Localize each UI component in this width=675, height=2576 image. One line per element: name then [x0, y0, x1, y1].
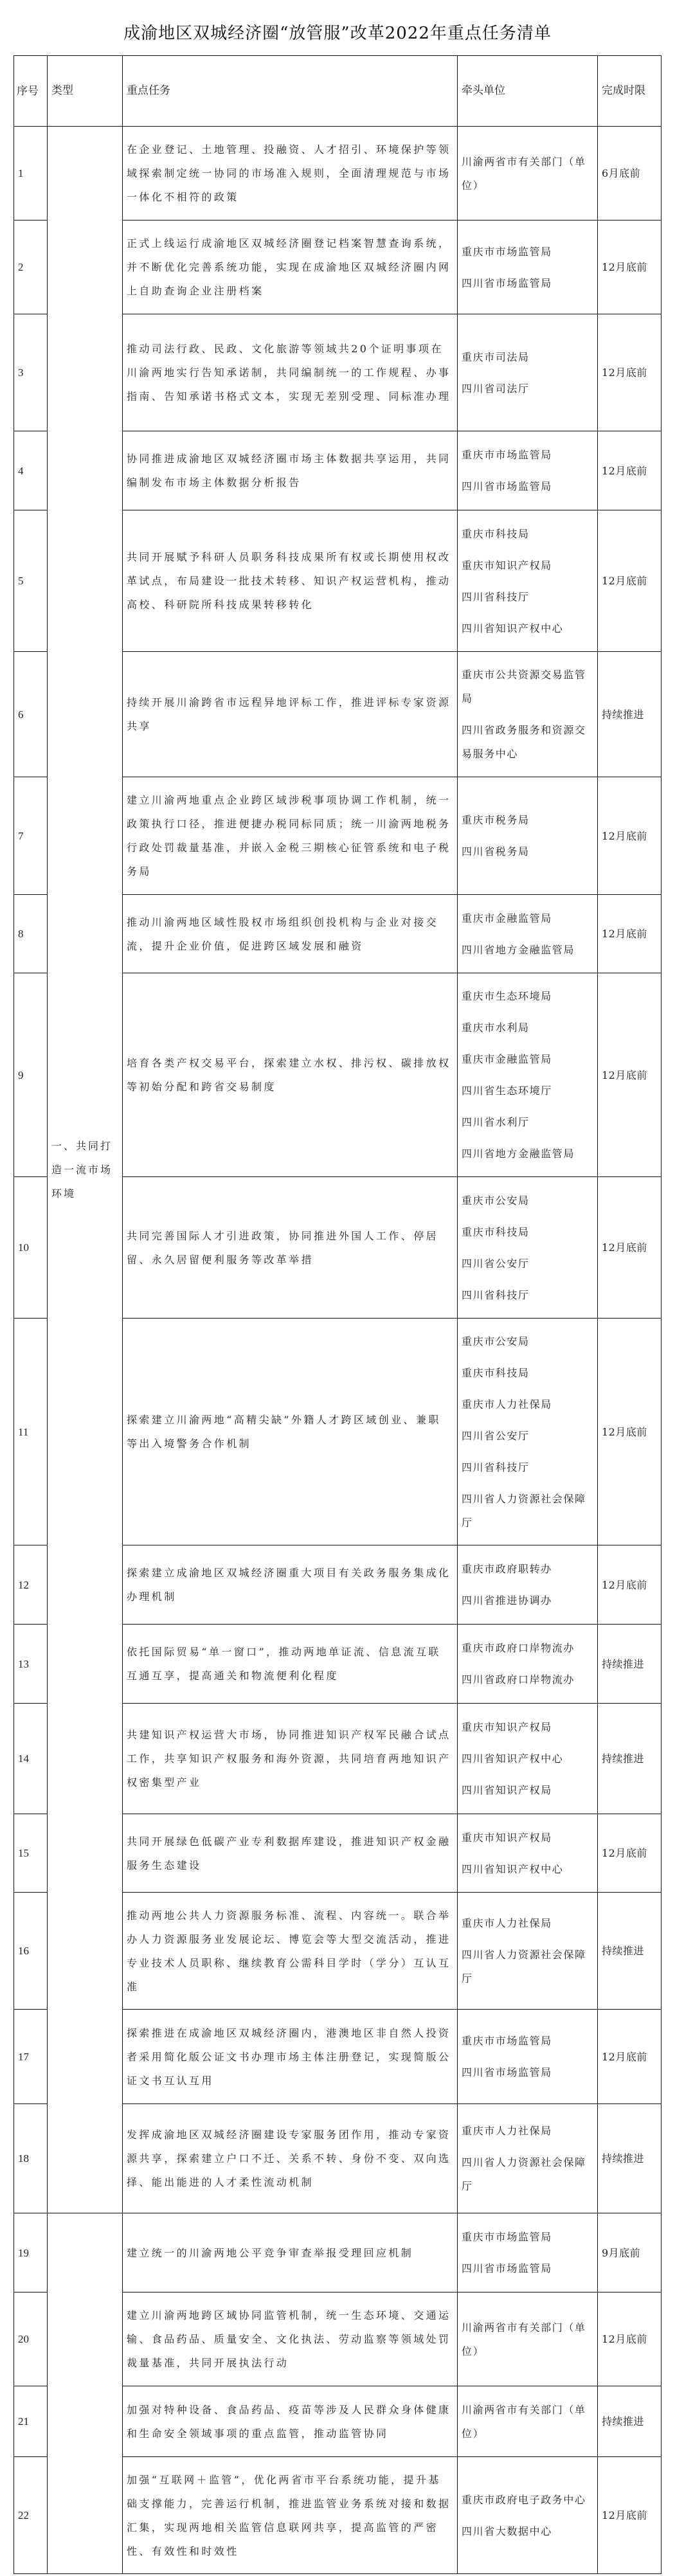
lead-units: 重庆市政府电子政务中心四川省大数据中心	[458, 2457, 598, 2574]
serial-number: 19	[14, 2213, 48, 2292]
lead-unit: 重庆市科技局	[462, 1361, 593, 1385]
lead-unit: 川渝两省市有关部门（单位）	[462, 2316, 593, 2363]
serial-number: 14	[14, 1704, 48, 1814]
lead-units: 重庆市市场监管局四川省市场监管局	[458, 431, 598, 510]
deadline: 12月底前	[598, 777, 661, 895]
lead-unit: 四川省知识产权中心	[462, 1747, 593, 1770]
header-lead-unit: 牵头单位	[458, 56, 598, 127]
lead-unit: 四川省生态环境厅	[462, 1079, 593, 1103]
serial-number: 12	[14, 1545, 48, 1625]
key-task-description: 建立川渝两地重点企业跨区域涉税事项协调工作机制，统一政策执行口径，推进便捷办税同…	[123, 777, 458, 895]
lead-unit-spacer	[462, 1134, 593, 1142]
lead-unit: 四川省水利厅	[462, 1110, 593, 1134]
deadline: 12月底前	[598, 2457, 661, 2574]
header-serial-number: 序号	[14, 56, 48, 127]
lead-unit-spacer	[462, 2512, 593, 2519]
lead-units: 重庆市科技局重庆市知识产权局四川省科技厅四川省知识产权中心	[458, 510, 598, 652]
deadline: 持续推进	[598, 2104, 661, 2213]
key-task-description: 协同推进成渝地区双城经济圈市场主体数据共享运用，共同编制发布市场主体数据分析报告	[123, 431, 458, 510]
lead-units: 重庆市市场监管局四川省市场监管局	[458, 2213, 598, 2292]
lead-unit: 四川省知识产权局	[462, 1778, 593, 1802]
lead-unit: 重庆市人力社保局	[462, 1392, 593, 1416]
lead-unit-spacer	[462, 1244, 593, 1252]
key-task-description: 建立统一的川渝两地公平竞争审查举报受理回应机制	[123, 2213, 458, 2292]
header-deadline: 完成时限	[598, 56, 661, 127]
lead-unit: 四川省公安厅	[462, 1252, 593, 1275]
serial-number: 3	[14, 314, 48, 431]
key-task-description: 发挥成渝地区双城经济圈建设专家服务团作用，推动专家资源共享，探索建立户口不迁、关…	[123, 2104, 458, 2213]
lead-units: 重庆市市场监管局四川省市场监管局	[458, 221, 598, 314]
lead-unit: 重庆市人力社保局	[462, 2119, 593, 2143]
lead-unit: 四川省市场监管局	[462, 2060, 593, 2084]
lead-units: 重庆市政府口岸物流办四川省政府口岸物流办	[458, 1625, 598, 1704]
lead-units: 重庆市知识产权局四川省知识产权中心四川省知识产权局	[458, 1704, 598, 1814]
lead-unit: 四川省推进协调办	[462, 1589, 593, 1612]
lead-unit-spacer	[462, 609, 593, 617]
table-header-row: 序号 类型 重点任务 牵头单位 完成时限	[14, 56, 661, 127]
serial-number: 4	[14, 431, 48, 510]
deadline: 12月底前	[598, 314, 661, 431]
lead-unit-spacer	[462, 264, 593, 271]
lead-unit: 川渝两省市有关部门（单位）	[462, 2398, 593, 2445]
lead-unit-spacer	[462, 2249, 593, 2256]
lead-unit: 四川省科技厅	[462, 585, 593, 609]
lead-unit: 四川省知识产权中心	[462, 1857, 593, 1881]
key-task-description: 持续开展川渝跨省市远程异地评标工作，推进评标专家资源共享	[123, 652, 458, 777]
serial-number: 8	[14, 895, 48, 973]
key-task-description: 探索建立川渝两地“高精尖缺”外籍人才跨区域创业、兼职等出入境警务合作机制	[123, 1319, 458, 1545]
lead-unit: 重庆市税务局	[462, 808, 593, 832]
lead-units: 重庆市人力社保局四川省人力资源社会保障厅	[458, 1893, 598, 2010]
lead-unit: 四川省市场监管局	[462, 271, 593, 295]
lead-unit: 重庆市知识产权局	[462, 1715, 593, 1739]
deadline: 持续推进	[598, 1893, 661, 2010]
serial-number: 16	[14, 1893, 48, 2010]
document-title: 成渝地区双城经济圈“放管服”改革2022年重点任务清单	[0, 22, 675, 45]
lead-unit: 重庆市知识产权局	[462, 1826, 593, 1850]
lead-unit: 重庆市公共资源交易监管局	[462, 663, 593, 710]
key-task-description: 加强“互联网＋监管”，优化两省市平台系统功能，提升基础支撑能力，完善运行机制，推…	[123, 2457, 458, 2574]
serial-number: 22	[14, 2457, 48, 2574]
key-task-description: 共建知识产权运营大市场，协同推进知识产权军民融合试点工作，共享知识产权服务和海外…	[123, 1704, 458, 1814]
task-category	[48, 2213, 123, 2574]
serial-number: 9	[14, 973, 48, 1177]
lead-unit: 重庆市市场监管局	[462, 443, 593, 467]
lead-unit-spacer	[462, 832, 593, 840]
lead-unit: 重庆市政府口岸物流办	[462, 1636, 593, 1660]
lead-unit-spacer	[462, 2053, 593, 2060]
deadline: 持续推进	[598, 1704, 661, 1814]
deadline: 持续推进	[598, 1625, 661, 1704]
lead-unit: 重庆市司法局	[462, 345, 593, 369]
lead-unit: 重庆市市场监管局	[462, 2225, 593, 2249]
lead-units: 重庆市知识产权局四川省知识产权中心	[458, 1814, 598, 1893]
serial-number: 11	[14, 1319, 48, 1545]
serial-number: 10	[14, 1177, 48, 1319]
lead-unit-spacer	[462, 1581, 593, 1589]
lead-units: 重庆市司法局四川省司法厅	[458, 314, 598, 431]
lead-unit-spacer	[462, 1770, 593, 1778]
deadline: 持续推进	[598, 2386, 661, 2457]
serial-number: 13	[14, 1625, 48, 1704]
key-task-description: 共同完善国际人才引进政策，协同推进外国人工作、停居留、永久居留便利服务等改革举措	[123, 1177, 458, 1319]
lead-unit: 重庆市金融监管局	[462, 1047, 593, 1071]
lead-unit: 四川省科技厅	[462, 1455, 593, 1479]
serial-number: 15	[14, 1814, 48, 1893]
lead-units: 重庆市公共资源交易监管局四川省政务服务和资源交易服务中心	[458, 652, 598, 777]
lead-unit-spacer	[462, 1739, 593, 1747]
serial-number: 20	[14, 2292, 48, 2386]
lead-units: 川渝两省市有关部门（单位）	[458, 127, 598, 221]
lead-unit-spacer	[462, 930, 593, 938]
key-task-description: 建立川渝两地跨区域协同监管机制，统一生态环境、交通运输、食品药品、质量安全、文化…	[123, 2292, 458, 2386]
lead-unit-spacer	[462, 546, 593, 554]
lead-unit: 重庆市公安局	[462, 1329, 593, 1353]
key-task-description: 正式上线运行成渝地区双城经济圈登记档案智慧查询系统，并不断优化完善系统功能，实现…	[123, 221, 458, 314]
lead-unit-spacer	[462, 1935, 593, 1943]
deadline: 12月底前	[598, 1319, 661, 1545]
lead-unit-spacer	[462, 1353, 593, 1361]
lead-unit: 四川省科技厅	[462, 1283, 593, 1307]
serial-number: 5	[14, 510, 48, 652]
lead-units: 重庆市税务局四川省税务局	[458, 777, 598, 895]
lead-unit: 重庆市金融监管局	[462, 906, 593, 930]
serial-number: 21	[14, 2386, 48, 2457]
lead-units: 川渝两省市有关部门（单位）	[458, 2292, 598, 2386]
lead-unit: 重庆市公安局	[462, 1189, 593, 1212]
lead-unit-spacer	[462, 1212, 593, 1220]
lead-unit-spacer	[462, 1103, 593, 1110]
lead-units: 重庆市人力社保局四川省人力资源社会保障厅	[458, 2104, 598, 2213]
lead-unit: 四川省地方金融监管局	[462, 1142, 593, 1166]
lead-unit-spacer	[462, 577, 593, 585]
lead-unit: 四川省政务服务和资源交易服务中心	[462, 718, 593, 766]
deadline: 12月底前	[598, 510, 661, 652]
header-key-task: 重点任务	[123, 56, 458, 127]
serial-number: 1	[14, 127, 48, 221]
deadline: 12月底前	[598, 2010, 661, 2104]
lead-unit-spacer	[462, 1479, 593, 1487]
serial-number: 17	[14, 2010, 48, 2104]
key-task-description: 在企业登记、土地管理、投融资、人才招引、环境保护等领域探索制定统一协同的市场准入…	[123, 127, 458, 221]
lead-units: 重庆市政府职转办四川省推进协调办	[458, 1545, 598, 1625]
deadline: 9月底前	[598, 2213, 661, 2292]
lead-unit: 四川省地方金融监管局	[462, 938, 593, 962]
lead-units: 重庆市市场监管局四川省市场监管局	[458, 2010, 598, 2104]
lead-unit-spacer	[462, 1008, 593, 1016]
lead-unit: 重庆市科技局	[462, 522, 593, 546]
key-task-description: 共同开展赋予科研人员职务科技成果所有权或长期使用权改革试点，布局建设一批技术转移…	[123, 510, 458, 652]
lead-unit: 重庆市市场监管局	[462, 2029, 593, 2053]
lead-unit: 重庆市市场监管局	[462, 240, 593, 264]
table-row: 1一、共同打造一流市场环境在企业登记、土地管理、投融资、人才招引、环境保护等领域…	[14, 127, 661, 221]
lead-unit: 重庆市科技局	[462, 1220, 593, 1244]
lead-units: 川渝两省市有关部门（单位）	[458, 2386, 598, 2457]
table-row: 19建立统一的川渝两地公平竞争审查举报受理回应机制重庆市市场监管局四川省市场监管…	[14, 2213, 661, 2292]
lead-unit: 四川省政府口岸物流办	[462, 1668, 593, 1691]
lead-unit: 四川省司法厅	[462, 377, 593, 401]
serial-number: 6	[14, 652, 48, 777]
lead-unit: 重庆市政府职转办	[462, 1557, 593, 1581]
key-task-description: 推动川渝两地区域性股权市场组织创投机构与企业对接交流，提升企业价值，促进跨区域发…	[123, 895, 458, 973]
key-tasks-table: 序号 类型 重点任务 牵头单位 完成时限 1一、共同打造一流市场环境在企业登记、…	[14, 55, 661, 2574]
key-task-description: 依托国际贸易“单一窗口”，推动两地单证流、信息流互联互通互享，提高通关和物流便利…	[123, 1625, 458, 1704]
lead-unit: 重庆市政府电子政务中心	[462, 2488, 593, 2512]
lead-unit-spacer	[462, 467, 593, 474]
lead-unit: 四川省市场监管局	[462, 2256, 593, 2280]
deadline: 12月底前	[598, 973, 661, 1177]
lead-unit: 四川省人力资源社会保障厅	[462, 2150, 593, 2198]
deadline: 12月底前	[598, 1177, 661, 1319]
lead-unit: 重庆市人力社保局	[462, 1911, 593, 1935]
lead-unit: 重庆市知识产权局	[462, 554, 593, 577]
header-type: 类型	[48, 56, 123, 127]
lead-unit-spacer	[462, 1385, 593, 1392]
key-task-description: 推动司法行政、民政、文化旅游等领域共20个证明事项在川渝两地实行告知承诺制，共同…	[123, 314, 458, 431]
lead-unit-spacer	[462, 1660, 593, 1668]
deadline: 持续推进	[598, 652, 661, 777]
key-task-description: 加强对特种设备、食品药品、疫苗等涉及人民群众身体健康和生命安全领域事项的重点监管…	[123, 2386, 458, 2457]
lead-unit: 四川省税务局	[462, 840, 593, 863]
lead-unit-spacer	[462, 1850, 593, 1857]
deadline: 12月底前	[598, 1814, 661, 1893]
lead-unit: 四川省大数据中心	[462, 2519, 593, 2543]
key-task-description: 共同开展绿色低碳产业专利数据库建设，推进知识产权金融服务生态建设	[123, 1814, 458, 1893]
deadline: 12月底前	[598, 2292, 661, 2386]
serial-number: 18	[14, 2104, 48, 2213]
key-task-description: 推动两地公共人力资源服务标准、流程、内容统一。联合举办人力资源服务业发展论坛、博…	[123, 1893, 458, 2010]
task-category: 一、共同打造一流市场环境	[48, 127, 123, 2213]
deadline: 12月底前	[598, 221, 661, 314]
deadline: 12月底前	[598, 1545, 661, 1625]
deadline: 6月底前	[598, 127, 661, 221]
lead-unit-spacer	[462, 1416, 593, 1424]
lead-unit-spacer	[462, 1071, 593, 1079]
key-task-description: 探索推进在成渝地区双城经济圈内，港澳地区非自然人投资者采用简化版公证文书办理市场…	[123, 2010, 458, 2104]
lead-unit-spacer	[462, 2143, 593, 2150]
serial-number: 7	[14, 777, 48, 895]
key-task-description: 探索建立成渝地区双城经济圈重大项目有关政务服务集成化办理机制	[123, 1545, 458, 1625]
deadline: 12月底前	[598, 431, 661, 510]
lead-unit-spacer	[462, 1040, 593, 1047]
lead-unit: 四川省公安厅	[462, 1424, 593, 1448]
key-task-description: 培育各类产权交易平台，探索建立水权、排污权、碳排放权等初始分配和跨省交易制度	[123, 973, 458, 1177]
lead-unit: 重庆市生态环境局	[462, 984, 593, 1008]
lead-unit-spacer	[462, 1275, 593, 1283]
lead-unit: 四川省市场监管局	[462, 474, 593, 498]
deadline: 12月底前	[598, 895, 661, 973]
serial-number: 2	[14, 221, 48, 314]
lead-unit: 四川省人力资源社会保障厅	[462, 1943, 593, 1990]
lead-unit-spacer	[462, 369, 593, 377]
lead-units: 重庆市金融监管局四川省地方金融监管局	[458, 895, 598, 973]
lead-unit: 川渝两省市有关部门（单位）	[462, 150, 593, 197]
lead-unit-spacer	[462, 1448, 593, 1455]
lead-unit-spacer	[462, 710, 593, 718]
lead-unit: 四川省知识产权中心	[462, 617, 593, 640]
lead-units: 重庆市公安局重庆市科技局四川省公安厅四川省科技厅	[458, 1177, 598, 1319]
table-body: 1一、共同打造一流市场环境在企业登记、土地管理、投融资、人才招引、环境保护等领域…	[14, 127, 661, 2574]
lead-units: 重庆市生态环境局重庆市水利局重庆市金融监管局四川省生态环境厅四川省水利厅四川省地…	[458, 973, 598, 1177]
lead-units: 重庆市公安局重庆市科技局重庆市人力社保局四川省公安厅四川省科技厅四川省人力资源社…	[458, 1319, 598, 1545]
lead-unit: 重庆市水利局	[462, 1016, 593, 1040]
lead-unit: 四川省人力资源社会保障厅	[462, 1487, 593, 1535]
